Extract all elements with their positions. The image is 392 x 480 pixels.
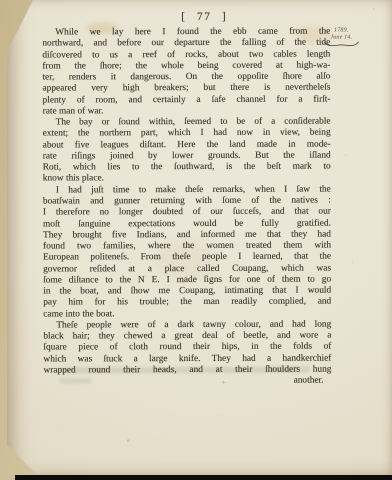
text-line: about five leagues diſtant. Here the lan… bbox=[43, 139, 331, 151]
text-line: which was ſtuck a large knife. They had … bbox=[43, 353, 331, 365]
text-line: extent; the northern part, which I had n… bbox=[43, 128, 331, 140]
text-line: appeared very high breakers; but there i… bbox=[42, 83, 330, 95]
text-line: governor reſided at a place called Coupa… bbox=[43, 263, 331, 275]
text-line: diſcovered to us a reef of rocks, about … bbox=[42, 49, 330, 61]
text-line: moſt ſanguine expectations would be full… bbox=[43, 218, 331, 230]
catchword: another. bbox=[43, 376, 331, 388]
text-line: northward, and before our departure the … bbox=[42, 38, 330, 50]
book-page: [ 77 ] 1789. June 14. While we lay here … bbox=[7, 0, 392, 475]
paragraphs: While we lay here I found the ebb came f… bbox=[42, 27, 331, 377]
scanned-book-page: [ 77 ] 1789. June 14. While we lay here … bbox=[0, 0, 392, 480]
paragraph: Theſe people were of a dark tawny colour… bbox=[43, 319, 331, 376]
text-line: I therefore no longer doubted of our ſuc… bbox=[43, 207, 331, 219]
text-line: pay him for his trouble; the man readily… bbox=[43, 297, 331, 309]
paragraph: The bay or ſound within, ſeemed to be of… bbox=[43, 117, 331, 186]
text-block: While we lay here I found the ebb came f… bbox=[42, 27, 331, 389]
text-line: plenty of room, and certainly a ſafe cha… bbox=[43, 94, 331, 106]
text-line: Roti, which lies to the ſouthward, is th… bbox=[43, 162, 331, 174]
page-content: [ 77 ] 1789. June 14. While we lay here … bbox=[6, 0, 392, 476]
stray-plus-mark: + bbox=[221, 378, 226, 387]
text-line: European politeneſs. From theſe people I… bbox=[43, 252, 331, 264]
text-line: wrapped round their heads, and at their … bbox=[43, 365, 331, 377]
paragraph: While we lay here I found the ebb came f… bbox=[42, 27, 330, 118]
scan-edge-strip bbox=[15, 475, 392, 480]
page-number-header: [ 77 ] bbox=[42, 11, 330, 24]
text-line: ſquare piece of cloth round their hips, … bbox=[43, 342, 331, 354]
paragraph: I had juſt time to make theſe remarks, w… bbox=[43, 184, 331, 320]
paper-speckles bbox=[6, 1, 7, 2]
